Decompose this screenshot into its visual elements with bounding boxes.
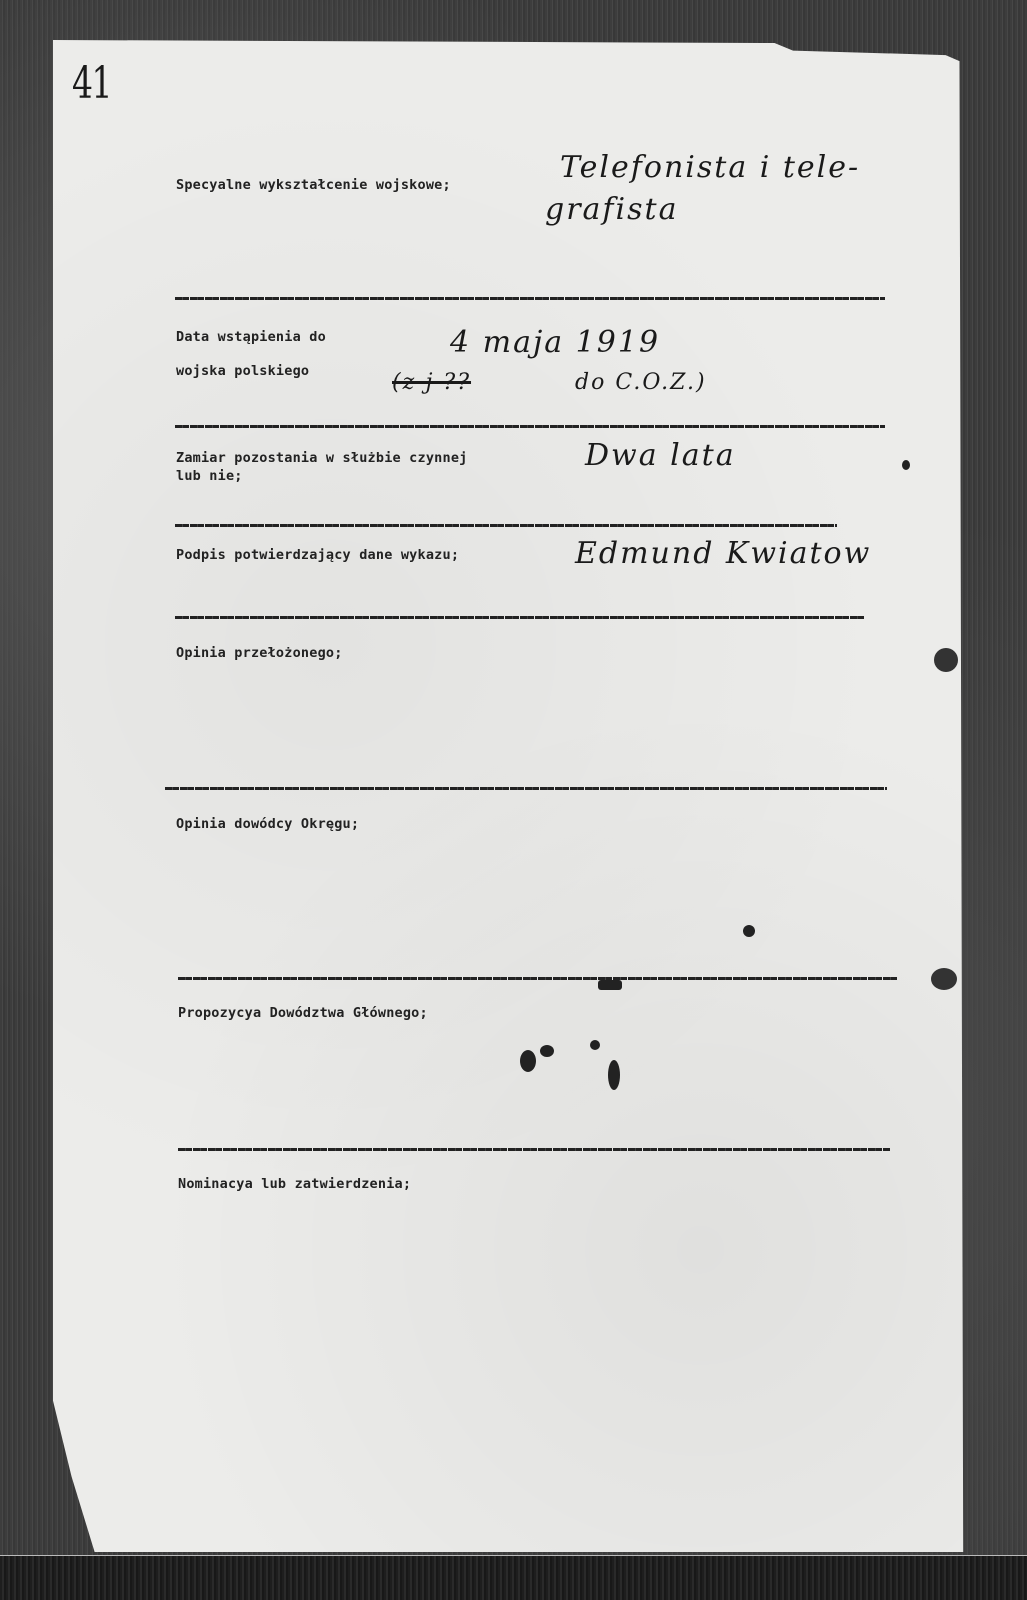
ink-spot	[902, 460, 910, 470]
page-number: 41	[72, 58, 111, 109]
document-page	[53, 40, 978, 1552]
field-label-superior-opinion: Opinia przełożonego;	[176, 644, 343, 662]
ink-stain	[520, 1050, 536, 1072]
punch-hole	[931, 968, 957, 990]
handwritten-struck-note: (z-j ??	[392, 370, 471, 395]
handwritten-enlistment-note: do C.O.Z.)	[575, 370, 707, 395]
ink-stain	[540, 1045, 554, 1057]
handwritten-military-education-line1: Telefonista i tele-	[560, 150, 860, 185]
field-label-signature: Podpis potwierdzający dane wykazu;	[176, 546, 459, 564]
punch-hole	[934, 648, 958, 672]
handwritten-military-education-line2: grafista	[545, 192, 678, 227]
ink-stain	[590, 1040, 600, 1050]
handwritten-service-intent: Dwa lata	[585, 438, 736, 473]
field-label-nomination: Nominacya lub zatwierdzenia;	[178, 1175, 411, 1193]
divider-rule	[178, 977, 898, 980]
ink-stain	[598, 980, 622, 990]
field-label-district-commander-opinion: Opinia dowódcy Okręgu;	[176, 815, 359, 833]
divider-rule	[175, 616, 865, 619]
field-label-military-education: Specyalne wykształcenie wojskowe;	[176, 176, 451, 194]
divider-rule	[175, 425, 885, 428]
divider-rule	[178, 1148, 890, 1151]
handwritten-enlistment-date: 4 maja 1919	[450, 325, 660, 360]
scanner-bottom-edge	[0, 1555, 1027, 1600]
field-label-high-command-proposal: Propozycya Dowództwa Głównego;	[178, 1004, 428, 1022]
ink-spot	[743, 925, 755, 937]
divider-rule	[175, 524, 837, 527]
ink-stain	[608, 1060, 620, 1090]
handwritten-signature: Edmund Kwiatow	[575, 536, 871, 571]
divider-rule	[165, 787, 887, 790]
field-label-service-intent: Zamiar pozostania w służbie czynnej lub …	[176, 449, 467, 485]
field-label-enlistment-date: Data wstąpienia do wojska polskiego	[176, 320, 326, 388]
divider-rule	[175, 297, 885, 300]
